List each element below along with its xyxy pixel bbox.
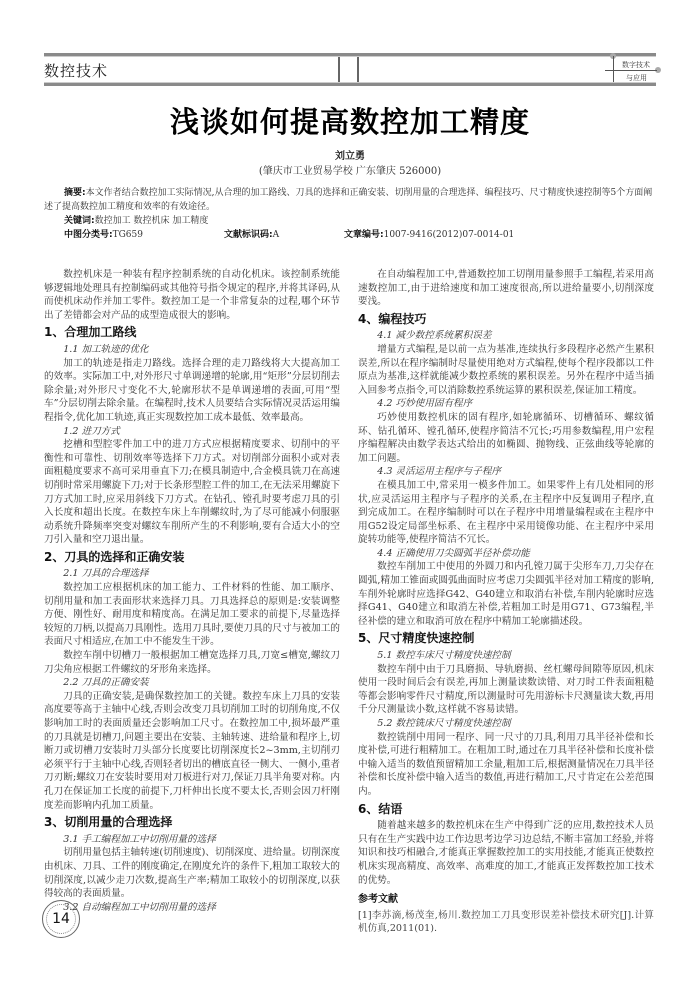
page-number-badge: 14: [42, 900, 80, 938]
intro-paragraph: 数控机床是一种装有程序控制系统的自动化机床。该控制系统能够逻辑地处理具有控制编码…: [44, 268, 340, 322]
subsection-heading-1-1: 1.1 加工轨迹的优化: [44, 343, 340, 357]
column-left: 数控机床是一种装有程序控制系统的自动化机床。该控制系统能够逻辑地处理具有控制编码…: [44, 268, 340, 914]
subsection-heading-1-2: 1.2 进刀方式: [44, 425, 340, 439]
paragraph: 加工的轨迹是指走刀路线。选择合理的走刀路线将大大提高加工的效率。实际加工中,对外…: [44, 357, 340, 425]
article-author: 刘立勇: [0, 147, 700, 162]
logo-cross-line: [605, 70, 657, 71]
subsection-heading-2-1: 2.1 刀具的合理选择: [44, 567, 340, 581]
abstract-label: 摘要:: [64, 188, 86, 198]
column-right: 在自动编程加工中,普通数控加工切削用量参照手工编程,若采用高速数控加工,由于进给…: [358, 268, 654, 936]
subsection-heading-2-2: 2.2 刀具的正确安装: [44, 676, 340, 690]
section-heading-3: 3、切削用量的合理选择: [44, 816, 340, 830]
section-heading-2: 2、刀具的选择和正确安装: [44, 551, 340, 565]
abstract-block: 摘要:本文作者结合数控加工实际情况,从合理的加工路线、刀具的选择和正确安装、切削…: [44, 186, 656, 242]
paragraph: 增量方式编程,是以前一点为基准,连续执行多段程序必然产生累积误差,所以在程序编制…: [358, 343, 654, 397]
header-rule-top: [44, 53, 656, 57]
subsection-heading-4-1: 4.1 减少数控系统累积误差: [358, 329, 654, 343]
doc-code-label: 文献标识码:: [224, 228, 273, 242]
clc-label: 中图分类号:: [64, 228, 113, 242]
keywords: 关键词:数控加工 数控机床 加工精度: [44, 214, 656, 228]
section-heading-5: 5、尺寸精度快速控制: [358, 632, 654, 646]
abstract: 摘要:本文作者结合数控加工实际情况,从合理的加工路线、刀具的选择和正确安装、切削…: [44, 186, 656, 214]
abstract-text: 本文作者结合数控加工实际情况,从合理的加工路线、刀具的选择和正确安装、切削用量的…: [44, 188, 652, 212]
article-no-label: 文章编号:: [344, 228, 384, 242]
paragraph: 数控铣削中用同一程序、同一尺寸的刀具,利用刀具半径补偿和长度补偿,可进行粗精加工…: [358, 731, 654, 799]
section-heading-1: 1、合理加工路线: [44, 326, 340, 340]
paragraph: 在模具加工中,常采用一模多件加工。如果零件上有几处相同的形状,应灵活运用主程序与…: [358, 479, 654, 547]
keywords-text: 数控加工 数控机床 加工精度: [95, 216, 209, 226]
journal-section-name: 数控技术: [44, 60, 108, 81]
paragraph: 切削用量包括主轴转速(切削速度)、切削深度、进给量。切削深度由机床、刀具、工件的…: [44, 846, 340, 900]
subsection-heading-3-1: 3.1 手工编程加工中切削用量的选择: [44, 833, 340, 847]
header-divider: [338, 57, 340, 83]
paragraph: 刀具的正确安装,是确保数控加工的关键。数控车床上刀具的安装高度要等高于主轴中心线…: [44, 690, 340, 812]
classification-row: 中图分类号:TG659 文献标识码:A 文章编号:1007-9416(2012)…: [44, 228, 656, 242]
clc-value: TG659: [113, 228, 143, 242]
paragraph: 在自动编程加工中,普通数控加工切削用量参照手工编程,若采用高速数控加工,由于进给…: [358, 268, 654, 309]
article-no-value: 1007-9416(2012)07-0014-01: [384, 228, 515, 242]
reference-item: [1]李苏滴,杨茂奎,杨川.数控加工刀具变形误差补偿技术研究[J].计算机仿真,…: [358, 909, 654, 936]
references-heading: 参考文献: [358, 893, 654, 907]
section-heading-4: 4、编程技巧: [358, 313, 654, 327]
author-affiliation: (肇庆市工业贸易学校 广东肇庆 526000): [0, 162, 700, 177]
paragraph: 巧妙使用数控机床的固有程序,如轮廓循环、切槽循环、螺纹循环、钻孔循环、镗孔循环,…: [358, 411, 654, 465]
page-number: 14: [43, 911, 79, 927]
paragraph: 随着越来越多的数控机床在生产中得到广泛的应用,数控技术人员只有在生产实践中边工作…: [358, 819, 654, 887]
paragraph: 数控车削中切槽刀一般根据加工槽宽选择刀具,刀宽≤槽宽,螺纹刀刀尖角应根据工件螺纹…: [44, 649, 340, 676]
section-heading-6: 6、结语: [358, 803, 654, 817]
subsection-heading-4-3: 4.3 灵活运用主程序与子程序: [358, 465, 654, 479]
paragraph: 挖槽和型腔零件加工中的进刀方式应根据精度要求、切削中的平衡性和可靠性、切削效率等…: [44, 438, 340, 547]
paragraph: 数控车削中由于刀具磨损、导轨磨损、丝杠螺母间隙等原因,机床使用一段时间后会有误差…: [358, 663, 654, 717]
subsection-heading-5-1: 5.1 数控车床尺寸精度快速控制: [358, 649, 654, 663]
logo-text-top: 数字技术: [622, 60, 650, 70]
paragraph: 数控车削加工中使用的外圆刀和内孔镗刀属于尖形车刀,刀尖存在圆弧,精加工锥面或圆弧…: [358, 560, 654, 628]
journal-logo: 数字技术 与应用: [600, 56, 660, 84]
keywords-label: 关键词:: [64, 216, 95, 226]
logo-cross-line: [613, 56, 614, 82]
subsection-heading-3-2: 3.2 自动编程加工中切削用量的选择: [44, 901, 340, 915]
subsection-heading-5-2: 5.2 数控铣床尺寸精度快速控制: [358, 717, 654, 731]
header-divider: [357, 57, 359, 83]
doc-code-value: A: [273, 228, 280, 242]
subsection-heading-4-2: 4.2 巧妙使用固有程序: [358, 397, 654, 411]
article-title: 浅谈如何提高数控加工精度: [0, 100, 700, 141]
header-rule-bottom: [44, 82, 656, 86]
subsection-heading-4-4: 4.4 正确使用刀尖圆弧半径补偿功能: [358, 547, 654, 561]
paragraph: 数控加工应根据机床的加工能力、工件材料的性能、加工顺序、切削用量和加工表面形状来…: [44, 581, 340, 649]
